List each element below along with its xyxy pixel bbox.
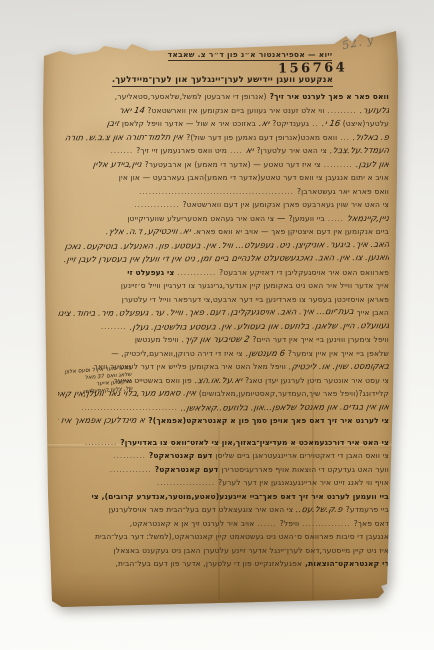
dotted-answer-line: ........: [101, 323, 127, 331]
text-line: האבן אייךבעת־יום... איך. האב. אויסגעקליב…: [58, 306, 389, 320]
handwritten-text: וואנען. צו. אין. האב. נאכגעשטעלט אלנהיים…: [62, 252, 389, 266]
dotted-answer-line: .......: [111, 147, 134, 155]
document-title-text: אנקעטע וועגן יידישע לערן־יינגלעך און לער…: [112, 75, 333, 87]
handwritten-text: —: [276, 212, 286, 226]
typed-text: צי האט איר געהאט מאטעריעלע שוועריקייטן: [127, 214, 274, 223]
dotted-answer-line: ............: [177, 269, 216, 277]
text-line: אייך אדער ווייל איר האט ניט באקומען קיין…: [58, 279, 389, 293]
text-line: ביי וועמען לערנט איר זיך דאס פאך־ביי איי…: [58, 490, 389, 504]
text-line: וויפל צימערן וווינען ביי אייך אין דער הי…: [58, 333, 389, 347]
typed-text-bold: דעם קאנטראקט?: [149, 451, 213, 460]
text-line: ניין,קיינמאל.....ביי וועמען?—צי האט איר …: [58, 212, 389, 226]
typed-text-bold: דעם קאנטראקט?: [155, 465, 219, 474]
typed-text: אויב א יתום אנגעבן צי וואס דער טאטע(אדער…: [119, 173, 389, 182]
dotted-answer-line: ...: [340, 134, 350, 142]
text-line: גלעזער..........ווי אלט זענט איר געווען …: [58, 104, 389, 118]
typed-text: שלאפן ביי אייך אין איין צימער?: [288, 349, 389, 358]
typed-text-bold: וואס פאר א פאך לערנט איר זיך?: [270, 92, 389, 101]
text-line: ווער האט געדעקט די הוצאות אויף פאררעגיסט…: [58, 463, 389, 477]
text-line: העמדל.על.צבל.צי האט איר עלטערן?יא....מיט…: [58, 144, 389, 158]
text-line: ביים אנקומען אין דעם איצטיקן פאך — אויב …: [58, 225, 389, 239]
handwritten-text: יא. וויכטיקע, ד.ה. אלץ.: [105, 225, 192, 239]
typed-text: וויפל מענטשן: [135, 335, 179, 344]
dotted-answer-line: ..........: [114, 452, 146, 460]
typed-text: פאראן אויסזיכטן בעסער צו פארדינען ביי דע…: [122, 295, 389, 304]
text-line: פארוואס האט איר אויסגעקליבן די דאזיקע אר…: [58, 266, 389, 280]
handwritten-text: האב. איך. ביגער. אוניקיצן. ניט. געפעלט..…: [63, 239, 389, 253]
typed-text: ווי אלט זענט איר געווען ביים אנקומען אין…: [147, 106, 324, 115]
typed-text: צי האט איר צוגעצאלט דעם בעל־הבית פאר אוי…: [109, 505, 294, 514]
typed-text: פארוואס האט איר אויסגעקליבן די דאזיקע אר…: [219, 268, 389, 277]
dotted-answer-line: ...............: [302, 520, 350, 528]
dotted-answer-line: ..............................: [81, 404, 178, 412]
typed-text: ביי פרעמדע?: [346, 505, 389, 514]
typed-text-bold: צי געפעלט זי: [127, 268, 174, 277]
typed-text: וויפל צימערן וווינען ביי אייך אין דער הי…: [252, 335, 389, 344]
text-line: וואס פארא יאר געשטארבן?.................…: [58, 185, 389, 199]
typed-text-bold: ביי וועמען לערנט איר זיך דאס פאך־ביי איי…: [91, 492, 389, 501]
document-page: 52. y ייוא — אספיראנטור א״נ פון ד״ר צ. ש…: [38, 24, 402, 608]
dotted-answer-line: .....: [328, 215, 344, 223]
text-line: וואס פאר א פאך לערנט איר זיך?(אנרופן די …: [58, 90, 389, 104]
dotted-answer-line: ..............: [134, 201, 179, 209]
text-line: וואנען. צו. אין. האב. נאכגעשטעלט אלנהיים…: [58, 252, 389, 266]
handwritten-text: ניין,קיינמאל: [346, 212, 389, 226]
text-line: עלטער(איצט)16 י...געענדיקט?יא.באזוכט איר…: [58, 117, 389, 131]
handwritten-text: געוועלט. היין. שלאגן. בלוזעס. און בעסולע…: [129, 320, 389, 334]
organization-header-text: ייוא — אספיראנטור א״נ פון ד״ר צ. שאבאד: [168, 50, 333, 61]
handwritten-text: גלעזער.: [359, 104, 389, 118]
typed-text: האבן אייך: [357, 308, 389, 317]
typed-text: וואס מאכט(אנרופן דעם נאמען פון דער שול)?: [186, 133, 337, 142]
text-line: ביי פרעמדע?פ.ק.של.עס..צי האט איר צוגעצאל…: [58, 503, 389, 517]
text-line: צי וואס האבן די דאקטוירים אריינגעטראגן ב…: [58, 449, 389, 463]
handwritten-text: א מינדלעכן אפמאך איז אויך אפ: [58, 414, 146, 428]
organization-header: ייוא — אספיראנטור א״נ פון ד״ר צ. שאבאד: [128, 50, 372, 59]
paper-sheet: 52. y ייוא — אספיראנטור א״נ פון ד״ר צ. ש…: [38, 24, 402, 608]
typed-text: עלטער(איצט): [343, 119, 389, 128]
handwritten-text: 16 י.: [320, 117, 340, 131]
handwritten-text: און לעבן.: [355, 158, 389, 172]
handwritten-text: יא: [245, 144, 255, 158]
text-line: שלאפן ביי אייך אין איין צימער?6 מענטשן.צ…: [58, 347, 389, 361]
typed-text: וואס פארא יאר געשטארבן?: [297, 187, 389, 196]
text-line: צי לערנט איר זיך דאס פאך אויפן סמך פון א…: [58, 414, 389, 428]
text-line: צי האט איר דורכגעמאכט א מעדיצין־באזוך,או…: [58, 436, 389, 450]
text-line: אויף ווי לאנג זייט איר אריינגעגאנגען אין…: [58, 476, 389, 490]
document-title: אנקעטע וועגן יידישע לערן־יינגלעך און לער…: [78, 75, 367, 85]
typed-text: ביים אנקומען אין דעם איצטיקן פאך — אויב …: [194, 227, 390, 236]
typed-text: צי וואס האבן די דאקטוירים אריינגעטראגן ב…: [215, 451, 389, 460]
dotted-answer-line: ..........: [85, 439, 117, 447]
typed-text: ביי וועמען?: [289, 214, 325, 223]
typed-text: וויפל?: [280, 519, 300, 528]
text-line: דאס פאך?...............וויפל?......אויב …: [58, 517, 389, 531]
typed-text-bold: די קאנטראקט־הוצאות,: [305, 559, 389, 568]
photo-background: { "stamp_number": "156764", "pencil_note…: [0, 0, 434, 650]
handwritten-text: העמדל.על.צבל.: [329, 144, 389, 158]
text-line: פאראן אויסזיכטן בעסער צו פארדינען ביי דע…: [58, 293, 389, 307]
dotted-answer-line: ......: [257, 520, 276, 528]
dotted-answer-line: .............: [110, 466, 152, 474]
text-line: האב. איך. ביגער. אוניקיצן. ניט. געפעלט..…: [58, 239, 389, 253]
dotted-answer-line: .........: [328, 107, 357, 115]
typed-text-bold: צי לערנט איר זיך דאס פאך אויפן סמך פון א…: [148, 416, 389, 425]
dotted-answer-line: ..: [312, 120, 318, 128]
dotted-answer-line: .........: [324, 161, 353, 169]
typed-text: צי האט איר עלטערן?: [256, 146, 326, 155]
text-line: צי האט איר שוין געארבעט פארן אנקומען אין…: [58, 198, 389, 212]
typed-text: איז ניט קיין מייסטער,דאס לערן־יינגל אדער…: [114, 546, 389, 555]
typed-text: ווער האט געדעקט די הוצאות אויף פאררעגיסט…: [221, 465, 389, 474]
typed-text: צי איז דער טאטע — (אדער די מאמע) אן ארבע…: [145, 160, 321, 169]
typed-text: אויב איר לערנט זיך אן א קאנטראקט,: [130, 519, 255, 528]
typed-text-bold: צי האט איר דורכגעמאכט א מעדיצין־באזוך,או…: [120, 438, 389, 447]
handwritten-text: זיבן: [106, 117, 120, 131]
typed-text: מיט וואס פארנעמען זיי זיך?: [136, 146, 227, 155]
handwritten-text: און אין בגדים. און מאנטל שלאפן...און. בל…: [180, 401, 389, 415]
dotted-answer-line: ..................: [157, 479, 215, 487]
dotted-answer-line: ........................................…: [139, 188, 294, 196]
text-line: אויב א יתום אנגעבן צי וואס דער טאטע(אדער…: [58, 171, 389, 185]
typed-text: געענדיקט?: [272, 119, 309, 128]
handwritten-text: פ.ק.של.עס..: [295, 503, 344, 517]
handwritten-text: 14 יאר: [117, 104, 145, 118]
handwritten-text: באקומסט. שוין. או. ליכטיק.: [288, 360, 389, 374]
questionnaire-body: וואס פאר א פאך לערנט איר זיך?(אנרופן די …: [58, 90, 389, 571]
text-line: אנגעבן די סיבות פארוואס ס׳האט ניט געשטאמ…: [58, 530, 389, 544]
dotted-answer-line: ....: [230, 147, 243, 155]
typed-text: צי האט איר שוין געארבעט פארן אנקומען אין…: [183, 200, 389, 209]
typed-text: צי עסט איר אונטער מיטן לערנען יעדן טאג?: [245, 376, 389, 385]
handwritten-text: יא.על.או.הצ.: [194, 374, 243, 388]
handwritten-text: יא.: [258, 117, 270, 131]
typed-text: אויף ווי לאנג זייט איר אריינגעגאנגען אין…: [218, 478, 389, 487]
handwritten-text: פ. באלול.: [352, 131, 389, 145]
text-line: געוועלט. היין. שלאגן. בלוזעס. און בעסולע…: [58, 320, 389, 334]
text-line: פ. באלול....וואס מאכט(אנרופן דעם נאמען פ…: [58, 131, 389, 145]
typed-text: דאס פאך?: [354, 519, 389, 528]
text-line: און לעבן..........צי איז דער טאטע — (אדע…: [58, 158, 389, 172]
typed-text: (אנרופן די ארבעטן למשל,שלאסער,סטאליער,: [115, 92, 267, 101]
typed-text: צי איז די דירה טרוקן,ווארעם,ליכטיק, —: [111, 349, 243, 358]
handwritten-text: בעת־יום... איך. האב. אויסגעקליבן. דעם. פ…: [58, 306, 355, 320]
typed-text: אייך אדער ווייל איר האט ניט באקומען קיין…: [121, 281, 389, 290]
typed-text: אנגעבן די סיבות פארוואס ס׳האט ניט געשטאמ…: [95, 532, 389, 541]
typed-text: באזוכט איר א שול — אדער וויפל קלאסן: [122, 119, 256, 128]
handwritten-text: ניין,ביידע אלין: [92, 158, 143, 172]
handwritten-text: 2 שטיבער און קיך.: [181, 333, 251, 347]
handwritten-text: 6 מענטשן.: [245, 347, 286, 361]
text-line: די קאנטראקט־הוצאות,אפגעלאזנקייט פון די ע…: [58, 557, 389, 571]
text-line: און אין בגדים. און מאנטל שלאפן...און. בל…: [58, 401, 389, 415]
handwritten-text: אין תלמוד־תורה און צ.ב.ש. תורה: [64, 131, 184, 145]
text-line: איז ניט קיין מייסטער,דאס לערן־יינגל אדער…: [58, 544, 389, 558]
typed-text: קליידונג?(וויפל פאר שיך,העמדער,קאסטיומען…: [199, 389, 389, 398]
typed-text: אפגעלאזנקייט פון די עלטערן, אדער פון דעם…: [116, 559, 303, 568]
